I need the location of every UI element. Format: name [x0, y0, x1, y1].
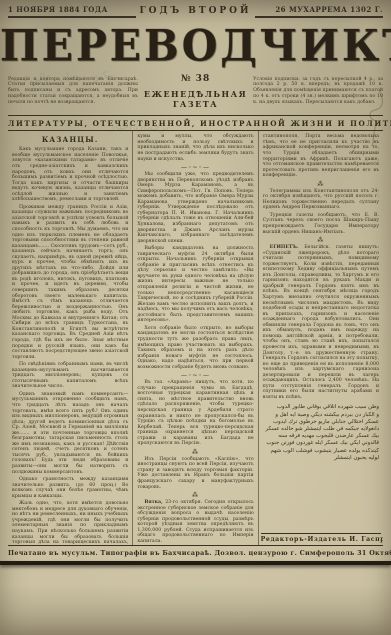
subscription-note: Условія подписки: за годъ съ пересылкой … — [253, 77, 383, 106]
asterism-divider: ⁂ — [137, 492, 253, 499]
paragraph: Въ газ. «Ахрамъ» пишутъ, что хотя, по сл… — [137, 380, 253, 447]
paragraph-vyatka: Вятка, 23-го октября. Сегодня открылось … — [137, 500, 253, 544]
bottom-rule — [0, 561, 391, 565]
date-hijri: 26 МУХАРРЕМА 1302 Г. — [255, 5, 383, 18]
column-3: стантинополя, Порта весьма недовольна тѣ… — [258, 131, 383, 545]
asterism-divider: ⁂ — [263, 237, 379, 244]
newspaper-page: مكتوب جناب عالي ترجمان اخبار 1 НОЯБРЯ 18… — [0, 0, 391, 635]
arabic-line: بيك عسكر عارضدن قليجوب مهديه فرقه سنه — [263, 433, 379, 440]
column-2: кумы и муллы, что обсуждаютъ необходимос… — [132, 131, 257, 545]
date-gregorian: 1 НОЯБРЯ 1884 ГОДА — [8, 5, 136, 18]
country-lead: ЕГИПЕТЪ. — [270, 245, 299, 250]
issue-block: № 38 ЕЖЕНЕДѢЛЬНАЯ ГАЗЕТА — [144, 72, 247, 110]
paragraph: Хотя собраніе было открыто, но выборы ка… — [137, 326, 253, 370]
divider-ornament: —◦~◦— — [137, 164, 253, 171]
arabic-line: كيتدكده يولده عصيار يتيشوب فوشلب الوب شه… — [263, 448, 379, 455]
paragraph: Турецкія газеты сообщаютъ, что Е. В. Сул… — [263, 213, 379, 235]
weekly-label: ЕЖЕНЕДѢЛЬНАЯ ГАЗЕТА — [144, 89, 247, 109]
imprint-censor: Дозвол. цензурою г. Симферополь 31 Октяб… — [214, 549, 391, 557]
year-label: ГОДЪ ВТОРОЙ — [136, 6, 255, 18]
masthead-middle: Редакція и контора помѣщаются въ Бахчиса… — [0, 70, 391, 112]
editorial-note: Редакція и контора помѣщаются въ Бахчиса… — [8, 77, 138, 106]
paragraph: Однако грамотность между казанцами значи… — [12, 477, 128, 499]
asterism-divider: ⁂ — [263, 181, 379, 188]
dateline: 1 НОЯБРЯ 1884 ГОДА ГОДЪ ВТОРОЙ 26 МУХАРР… — [0, 0, 391, 18]
paragraph: Проживая между границъ Россіи и Азіи, ка… — [12, 205, 128, 360]
paragraph: Какъ мусульмане города Казани, такъ и во… — [12, 147, 128, 202]
divider-ornament: —◦~◦— — [137, 372, 253, 379]
arabic-line: و الكبار دن بيردم بيكشته ديكي وصية ايه ا… — [263, 412, 379, 419]
imprint-printer: Печатано въ мусульм. Типографіи въ Бахчи… — [8, 549, 212, 557]
paragraph: кумы и муллы, что обсуждаютъ необходимос… — [137, 134, 253, 162]
editor-publisher-line: Редакторъ-Издатель И. Гаспринскій — [261, 533, 381, 546]
masthead: 1 НОЯБРЯ 1884 ГОДА ГОДЪ ВТОРОЙ 26 МУХАРР… — [0, 0, 391, 131]
arabic-line: وطن سيب شهرده اتلاقي بوقاني طابور الدوب — [263, 404, 379, 411]
arabic-line: دانغولايه جيكمه في طلب ايتمشلر شو حالده … — [263, 426, 379, 433]
paragraph: стантинополя, Порта весьма недовольна тѣ… — [263, 134, 379, 178]
arabic-line: لوليه يحبون ايتمشلر — [263, 455, 379, 462]
asterism-divider: ⁂ — [137, 449, 253, 456]
paragraph: Жаль одно, что, хотя имѣется довольно ме… — [12, 501, 128, 545]
arabic-line: قالدوني ايكي بيك عسكر ايله غوردون فورتن … — [263, 440, 379, 447]
arabic-line: عسكر اختلالي جنابلي ماريو خرطوي ترك ايدو… — [263, 419, 379, 426]
paragraph: Изъ Персіи сообщаютъ «Каспію», что иност… — [137, 457, 253, 490]
dateline-lead: Вятка, — [144, 500, 162, 505]
paragraph: Мы сообщили уже, что предводителемъ двор… — [137, 172, 253, 244]
paragraph-egypt: ЕГИПЕТЪ. Бельгійск. газеты пишутъ: «Суда… — [263, 245, 379, 400]
paragraph: Выборы кандидатовъ на должность тавричес… — [137, 246, 253, 324]
imprint-line: Печатано въ мусульм. Типографіи въ Бахчи… — [8, 545, 383, 559]
tagline: ЛИТЕРАТУРЫ, ОТЕЧЕСТВЕННОЙ, ИНОСТРАННОЙ Ж… — [8, 115, 383, 131]
column-1: КАЗАНЦЫ. Какъ мусульмане города Казани, … — [8, 131, 132, 545]
paragraph: Телеграммы изъ Константинополя отъ 24-го… — [263, 189, 379, 211]
newspaper-title: ПЕРЕВОДЧИКЪ — [0, 23, 391, 69]
issue-number: № 38 — [144, 74, 247, 84]
paragraph: Одинъ знакомый намъ коммерсантъ—мусульма… — [12, 392, 128, 475]
arabic-script-block: وطن سيب شهرده اتلاقي بوقاني طابور الدوب … — [263, 404, 379, 462]
paragraph: По свѣдѣніямъ собраннымъ нами, въ числѣ … — [12, 362, 128, 390]
article-heading-kazantsy: КАЗАНЦЫ. — [12, 135, 128, 144]
body-columns: КАЗАНЦЫ. Какъ мусульмане города Казани, … — [8, 131, 383, 545]
